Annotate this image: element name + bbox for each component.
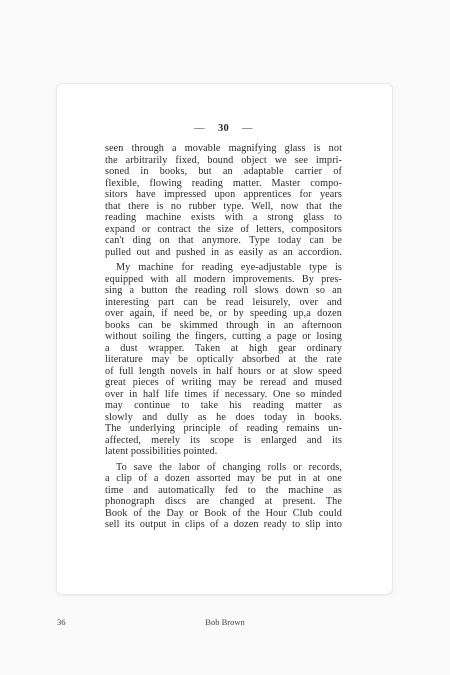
text-line: sell its output in clips of a dozen read…: [105, 519, 342, 531]
text-line: interesting part can be read leisurely, …: [105, 297, 342, 309]
paragraph: seen through a movable magnifying glass …: [105, 143, 342, 258]
text-line: literature may be optically absorbed at …: [105, 354, 342, 366]
text-line: The underlying principle of reading rema…: [105, 423, 342, 435]
paragraph: To save the labor of changing rolls or r…: [105, 462, 342, 531]
text-line: soned in books, but an adaptable carrier…: [105, 166, 342, 178]
text-line: slowly and dully as he does today in boo…: [105, 412, 342, 424]
text-line: reading machine exists with a strong gla…: [105, 212, 342, 224]
text-line: time and automatically fed to the machin…: [105, 485, 342, 497]
text-line: over again, if need be, or by speeding u…: [105, 308, 342, 320]
text-line: My machine for reading eye-adjustable ty…: [105, 262, 342, 274]
text-line: over in half life times if necessary. On…: [105, 389, 342, 401]
text-line: a dust wrapper. Taken at high gear ordin…: [105, 343, 342, 355]
text-line: latent possibilities pointed.: [105, 446, 342, 458]
text-line: sing a button the reading roll slows dow…: [105, 285, 342, 297]
text-line: Book of the Day or Book of the Hour Club…: [105, 508, 342, 520]
text-line: affected, merely its scope is enlarged a…: [105, 435, 342, 447]
text-line: books can be skimmed through in an after…: [105, 320, 342, 332]
text-line: great pieces of writing may be reread an…: [105, 377, 342, 389]
text-line: may continue to take his reading matter …: [105, 400, 342, 412]
scanned-page-sheet: — 30 — seen through a movable magnifying…: [56, 83, 393, 595]
text-line: expand or contract the size of letters, …: [105, 224, 342, 236]
book-page-view: — 30 — seen through a movable magnifying…: [0, 0, 450, 675]
page-number-header: — 30 —: [105, 122, 342, 135]
text-line: of full length novels in half hours or a…: [105, 366, 342, 378]
footer-running-title: Bob Brown: [0, 616, 450, 628]
text-line: can't ding on that anymore. Type today c…: [105, 235, 342, 247]
text-line: equipped with all modern improvements. B…: [105, 274, 342, 286]
folio-number: 30: [218, 122, 229, 135]
running-footer: 36 Bob Brown: [0, 616, 450, 628]
text-line: flexible, flowing reading matter. Master…: [105, 178, 342, 190]
text-line: sitors have impressed upon apprentices f…: [105, 189, 342, 201]
text-line: that there is no rubber type. Well, now …: [105, 201, 342, 213]
paragraph: My machine for reading eye-adjustable ty…: [105, 262, 342, 458]
text-line: a clip of a dozen assorted may be put in…: [105, 473, 342, 485]
text-line: pulled out and pushed in as easily as an…: [105, 247, 342, 259]
folio-left-dash: —: [194, 122, 205, 135]
text-line: without soiling the fingers, cutting a p…: [105, 331, 342, 343]
folio-right-dash: —: [242, 122, 253, 135]
text-line: To save the labor of changing rolls or r…: [105, 462, 342, 474]
text-line: phonograph discs are changed at present.…: [105, 496, 342, 508]
body-text: seen through a movable magnifying glass …: [105, 143, 342, 531]
text-line: the arbitrarily fixed, bound object we s…: [105, 155, 342, 167]
text-line: seen through a movable magnifying glass …: [105, 143, 342, 155]
